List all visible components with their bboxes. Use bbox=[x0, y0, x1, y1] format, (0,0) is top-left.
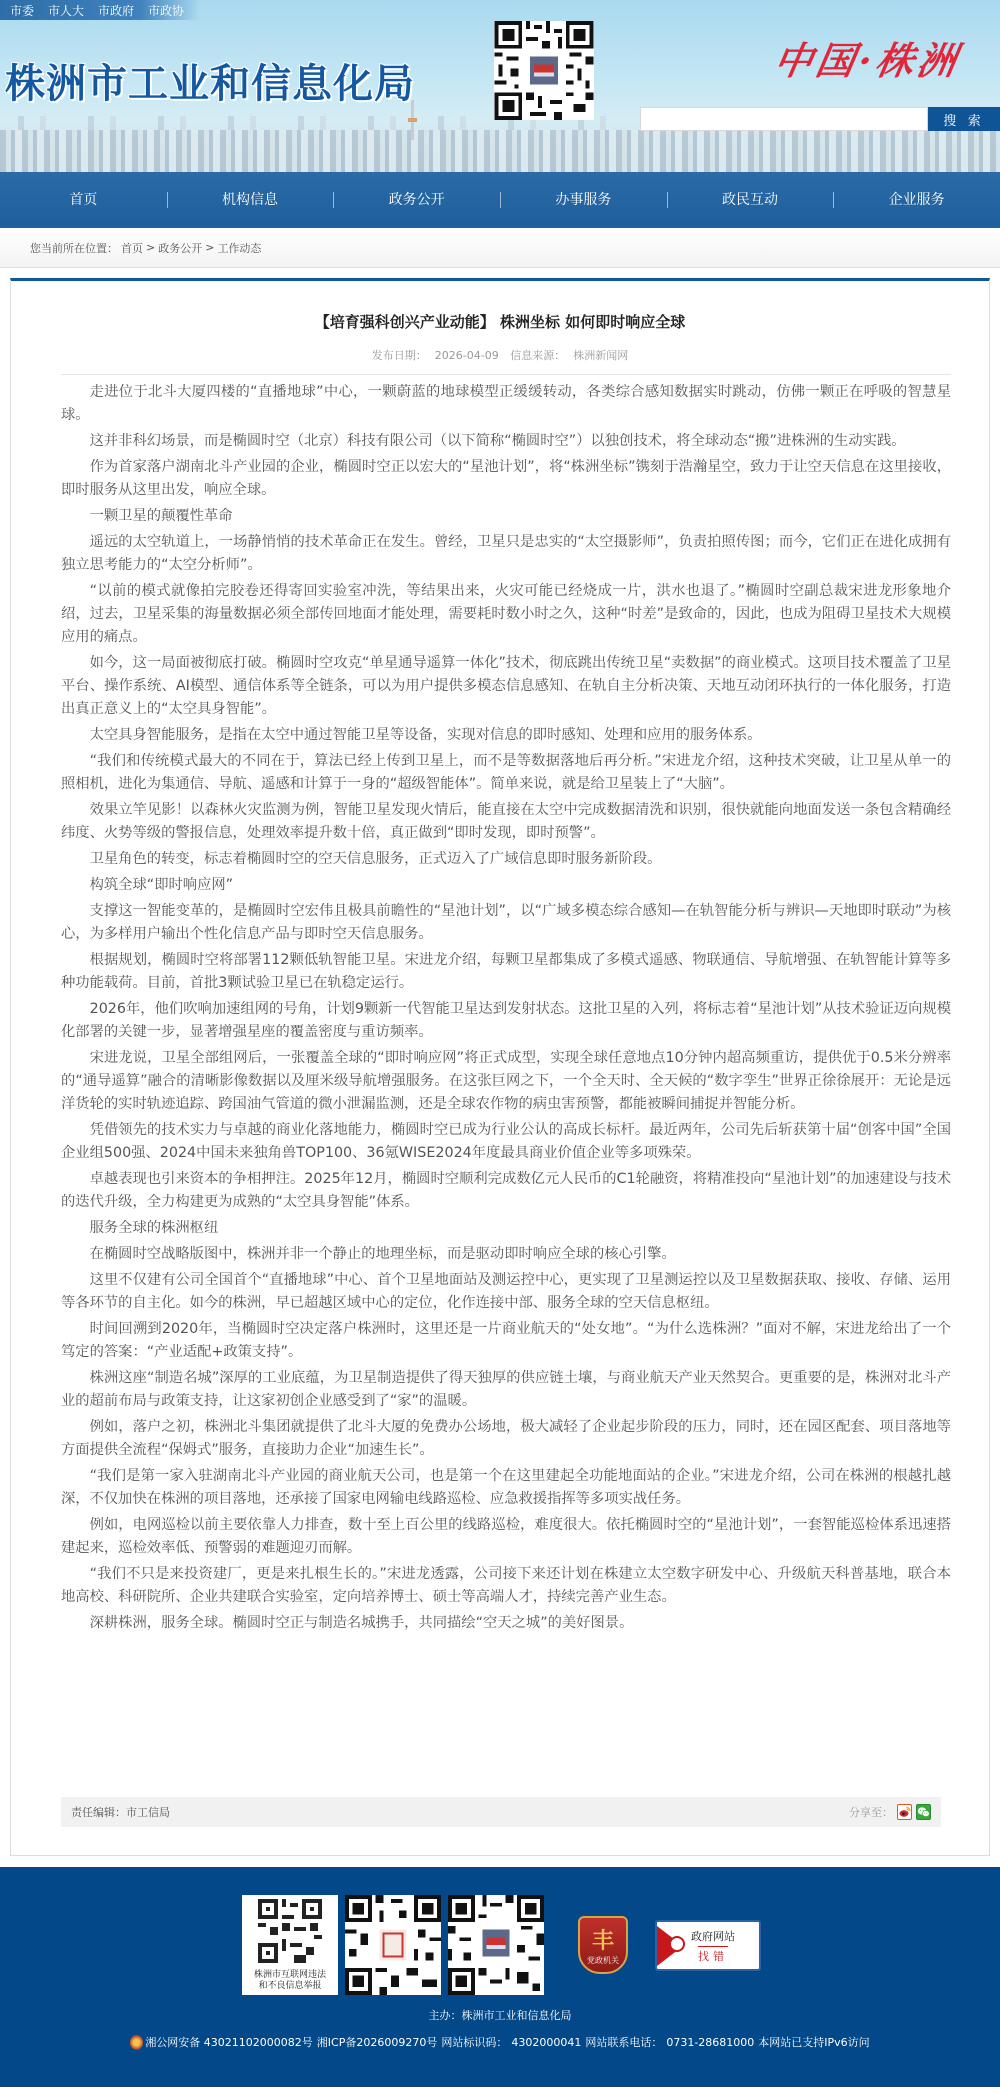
source-label: 信息来源：株洲新闻网 bbox=[510, 349, 628, 362]
ipv6-notice: 本网站已支持IPv6访问 bbox=[758, 2034, 869, 2050]
share-label: 分享至： bbox=[849, 1804, 893, 1820]
icp-record-link[interactable]: 湘ICP备2026009270号 bbox=[317, 2034, 438, 2050]
section-heading: 服务全球的株洲枢纽 bbox=[61, 1217, 951, 1240]
breadcrumb-separator: > bbox=[205, 241, 214, 254]
paragraph: 走进位于北斗大厦四楼的“直播地球”中心，一颗蔚蓝的地球模型正缓缓转动，各类综合感… bbox=[61, 381, 951, 427]
party-emblem-icon: 丰 bbox=[592, 1931, 614, 1953]
breadcrumb-link-home[interactable]: 首页 bbox=[121, 240, 143, 256]
site-footer: 株洲市互联网违法 和不良信息举报 bbox=[0, 1867, 1000, 2087]
paragraph: 卫星角色的转变，标志着椭圆时空的空天信息服务，正式迈入了广域信息即时服务新阶段。 bbox=[61, 848, 951, 871]
breadcrumb: 您当前所在位置： 首页 > 政务公开 > 工作动态 bbox=[0, 228, 1000, 268]
paragraph: 根据规划，椭圆时空将部署112颗低轨智能卫星。宋进龙介绍，每颗卫星都集成了多模式… bbox=[61, 949, 951, 995]
wechat-icon[interactable] bbox=[916, 1804, 931, 1820]
paragraph: “我们和传统模式最大的不同在于，算法已经上传到卫星上，而不是等数据落地后再分析。… bbox=[61, 750, 951, 796]
footer-host: 主办：株洲市工业和信息化局 bbox=[0, 2007, 1000, 2023]
police-emblem-icon bbox=[130, 2035, 143, 2050]
paragraph: “我们是第一家入驻湖南北斗产业园的商业航天公司，也是第一个在这里建起全功能地面站… bbox=[61, 1465, 951, 1511]
china-zhuzhou-calligraphy-logo: 中国·株洲 bbox=[770, 30, 965, 85]
nav-item-gov-affairs[interactable]: 政务公开 bbox=[333, 172, 500, 228]
city-skyline-banner bbox=[0, 130, 1000, 172]
site-header: 市委 市人大 市政府 市政协 株洲市工业和信息化局 中国·株洲 搜 索 bbox=[0, 0, 1000, 172]
section-heading: 一颗卫星的颠覆性革命 bbox=[61, 505, 951, 528]
share-bar: 分享至： bbox=[849, 1804, 931, 1820]
footer-registration: 湘公网安备 43021102000082号 湘ICP备2026009270号 网… bbox=[0, 2034, 1000, 2050]
breadcrumb-link-work-news[interactable]: 工作动态 bbox=[217, 240, 261, 256]
nav-item-home[interactable]: 首页 bbox=[0, 172, 167, 228]
breadcrumb-separator: > bbox=[146, 241, 155, 254]
magnifier-icon bbox=[657, 1922, 691, 1969]
wechat-qr-code bbox=[494, 21, 594, 120]
article-container: 【培育强科创兴产业动能】 株洲坐标 如何即时响应全球 发布日期：2026-04-… bbox=[10, 278, 990, 1856]
breadcrumb-prefix: 您当前所在位置： bbox=[30, 240, 118, 256]
paragraph: 支撑这一智能变革的，是椭圆时空宏伟且极具前瞻性的“星池计划”，以“广域多模态综合… bbox=[61, 900, 951, 946]
nav-item-enterprise[interactable]: 企业服务 bbox=[833, 172, 1000, 228]
article-body: 走进位于北斗大厦四楼的“直播地球”中心，一颗蔚蓝的地球模型正缓缓转动，各类综合感… bbox=[61, 381, 951, 1638]
paragraph: 这里不仅建有公司全国首个“直播地球”中心、首个卫星地面站及测运控中心，更实现了卫… bbox=[61, 1269, 951, 1315]
party-government-agency-badge[interactable]: 丰 党政机关 bbox=[578, 1916, 628, 1974]
paragraph: 作为首家落户湖南北斗产业园的企业，椭圆时空正以宏大的“星池计划”，将“株洲坐标”… bbox=[61, 456, 951, 502]
responsible-editor: 责任编辑：市工信局 bbox=[71, 1804, 170, 1820]
contact-phone: 网站联系电话：0731-28681000 bbox=[585, 2034, 754, 2050]
paragraph: 例如，电网巡检以前主要依靠人力排查，数十至上百公里的线路巡检，难度很大。依托椭圆… bbox=[61, 1514, 951, 1560]
section-heading: 构筑全球“即时响应网” bbox=[61, 874, 951, 897]
paragraph: 效果立竿见影！以森林火灾监测为例，智能卫星发现火情后，能直接在太空中完成数据清洗… bbox=[61, 799, 951, 845]
paragraph: 凭借领先的技术实力与卓越的商业化落地能力，椭圆时空已成为行业公认的高成长标杆。最… bbox=[61, 1119, 951, 1165]
site-id: 网站标识码：4302000041 bbox=[441, 2034, 581, 2050]
breadcrumb-link-gov-affairs[interactable]: 政务公开 bbox=[158, 240, 202, 256]
publish-date-label: 发布日期：2026-04-09 bbox=[372, 349, 499, 362]
top-link-party-committee[interactable]: 市委 bbox=[10, 2, 34, 19]
source-name: 株洲新闻网 bbox=[573, 349, 628, 362]
paragraph: 深耕株洲，服务全球。椭圆时空正与制造名城携手，共同描绘“空天之城”的美好图景。 bbox=[61, 1612, 951, 1635]
title-divider bbox=[61, 374, 951, 375]
main-nav: 首页 机构信息 政务公开 办事服务 政民互动 企业服务 bbox=[0, 172, 1000, 228]
paragraph: 太空具身智能服务，是指在太空中通过智能卫星等设备，实现对信息的即时感知、处理和应… bbox=[61, 724, 951, 747]
paragraph: 时间回溯到2020年，当椭圆时空决定落户株洲时，这里还是一片商业航天的“处女地”… bbox=[61, 1318, 951, 1364]
editor-name: 市工信局 bbox=[126, 1806, 170, 1819]
article-meta: 发布日期：2026-04-09 信息来源：株洲新闻网 bbox=[11, 347, 989, 363]
paragraph: 2026年，他们吹响加速组网的号角，计划9颗新一代智能卫星达到发射状态。这批卫星… bbox=[61, 998, 951, 1044]
search-input[interactable] bbox=[640, 107, 928, 131]
paragraph: “我们不只是来投资建厂，更是来扎根生长的。”宋进龙透露，公司接下来还计划在株建立… bbox=[61, 1563, 951, 1609]
paragraph: 遥远的太空轨道上，一场静悄悄的技术革命正在发生。曾经，卫星只是忠实的“太空摄影师… bbox=[61, 531, 951, 577]
paragraph: “以前的模式就像拍完胶卷还得寄回实验室冲洗，等结果出来，火灾可能已经烧成一片，洪… bbox=[61, 580, 951, 649]
nav-item-services[interactable]: 办事服务 bbox=[500, 172, 667, 228]
top-link-congress[interactable]: 市人大 bbox=[48, 2, 84, 19]
host-name: 株洲市工业和信息化局 bbox=[462, 2009, 572, 2022]
article-title: 【培育强科创兴产业动能】 株洲坐标 如何即时响应全球 bbox=[11, 311, 989, 332]
paragraph: 卓越表现也引来资本的争相押注。2025年12月，椭圆时空顺利完成数亿元人民币的C… bbox=[61, 1168, 951, 1214]
paragraph: 宋进龙说，卫星全部组网后，一张覆盖全球的“即时响应网”将正式成型，实现全球任意地… bbox=[61, 1047, 951, 1116]
police-record-link[interactable]: 湘公网安备 43021102000082号 bbox=[145, 2034, 312, 2050]
top-link-government[interactable]: 市政府 bbox=[98, 2, 134, 19]
paragraph: 在椭圆时空战略版图中，株洲并非一个静止的地理坐标，而是驱动即时响应全球的核心引擎… bbox=[61, 1243, 951, 1266]
gov-website-error-report-button[interactable]: 政府网站 找错 bbox=[655, 1920, 761, 1971]
paragraph: 这并非科幻场景，而是椭圆时空（北京）科技有限公司（以下简称“椭圆时空”）以独创技… bbox=[61, 430, 951, 453]
paragraph: 株洲这座“制造名城”深厚的工业底蕴，为卫星制造提供了得天独厚的供应链土壤，与商业… bbox=[61, 1367, 951, 1413]
top-links-bar: 市委 市人大 市政府 市政协 bbox=[0, 0, 200, 20]
editor-bar: 责任编辑：市工信局 分享至： bbox=[61, 1797, 941, 1827]
publish-date: 2026-04-09 bbox=[435, 349, 499, 362]
top-link-cppcc[interactable]: 市政协 bbox=[148, 2, 184, 19]
search-button[interactable]: 搜 索 bbox=[928, 107, 1000, 131]
site-title: 株洲市工业和信息化局 bbox=[5, 52, 415, 109]
nav-item-org-info[interactable]: 机构信息 bbox=[167, 172, 334, 228]
paragraph: 如今，这一局面被彻底打破。椭圆时空攻克“单星通导遥算一体化”技术，彻底跳出传统卫… bbox=[61, 652, 951, 721]
report-qr-caption: 株洲市互联网违法 和不良信息举报 bbox=[242, 1970, 338, 1992]
report-qr-code[interactable]: 株洲市互联网违法 和不良信息举报 bbox=[242, 1895, 338, 1995]
paragraph: 例如，落户之初，株洲北斗集团就提供了北斗大厦的免费办公场地，极大减轻了企业起步阶… bbox=[61, 1416, 951, 1462]
nav-item-interaction[interactable]: 政民互动 bbox=[667, 172, 834, 228]
hunan-industry-qr-code[interactable] bbox=[345, 1895, 441, 1995]
weibo-icon[interactable] bbox=[897, 1804, 912, 1820]
bureau-wechat-qr-code[interactable] bbox=[448, 1895, 544, 1995]
